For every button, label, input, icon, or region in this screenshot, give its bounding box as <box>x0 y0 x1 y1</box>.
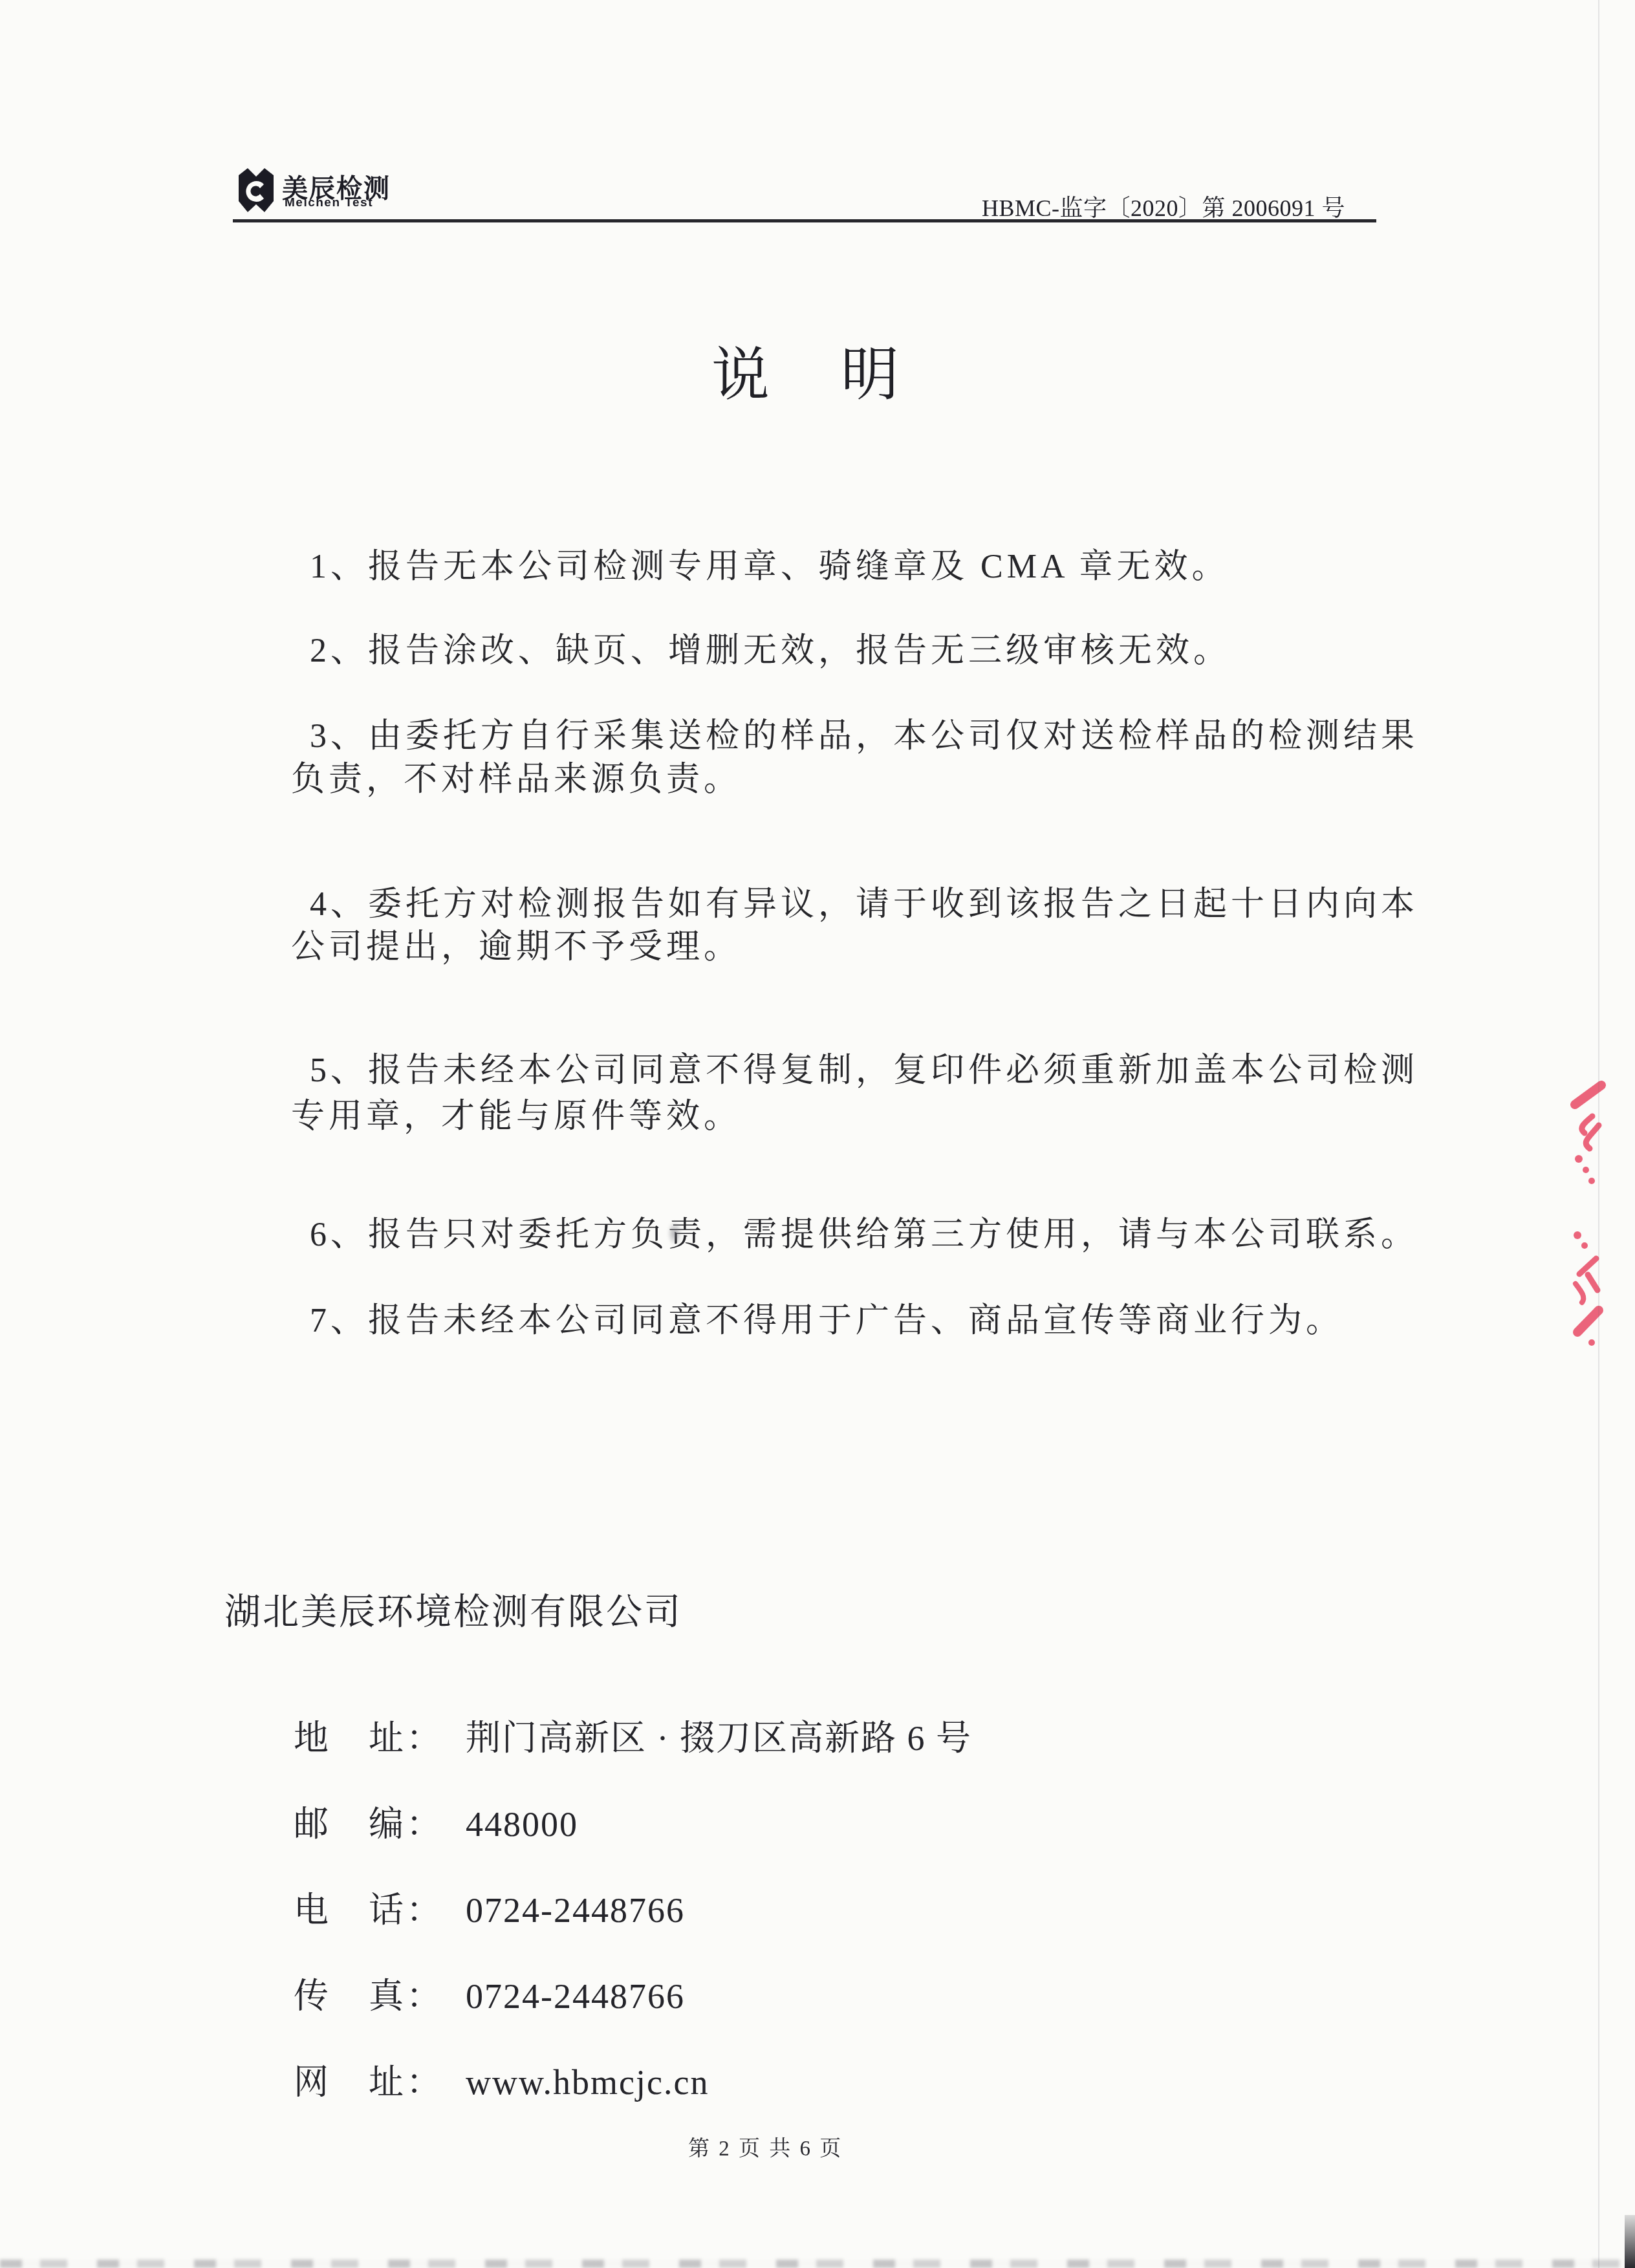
row-label: 地 址： <box>294 1719 444 1758</box>
note-text: 报告未经本公司同意不得复制，复印件必须重新加盖本公司检测 <box>368 1052 1418 1089</box>
row-value: www.hbmcjc.cn <box>466 2063 709 2102</box>
header-rule <box>233 219 1376 222</box>
meichen-m-logo-icon <box>237 167 276 213</box>
note-number: 4、 <box>310 876 368 925</box>
note-number: 5、 <box>310 1042 368 1091</box>
note-number: 1、 <box>310 539 368 587</box>
note-item-5-cont: 专用章，才能与原件等效。 <box>291 1088 741 1137</box>
scan-smudge <box>667 1221 682 1246</box>
note-item-3-cont: 负责，不对样品来源负责。 <box>291 751 741 800</box>
note-number: 3、 <box>310 708 368 757</box>
note-text: 报告无本公司检测专用章、骑缝章及 CMA 章无效。 <box>368 548 1229 585</box>
row-value: 448000 <box>466 1805 578 1844</box>
scan-edge-line <box>1598 0 1599 2268</box>
note-item-4-cont: 公司提出，逾期不予受理。 <box>291 919 741 967</box>
note-text: 委托方对检测报告如有异议，请于收到该报告之日起十日内向本 <box>368 886 1418 923</box>
note-text: 报告涂改、缺页、增删无效，报告无三级审核无效。 <box>368 632 1231 669</box>
row-value: 荆门高新区 · 掇刀区高新路 6 号 <box>466 1719 972 1758</box>
row-label: 电 话： <box>294 1891 444 1930</box>
row-value: 0724-2448766 <box>466 1977 685 2016</box>
row-label: 网 址： <box>294 2063 444 2102</box>
note-number: 7、 <box>310 1293 368 1341</box>
row-label: 传 真： <box>294 1977 444 2016</box>
row-label: 邮 编： <box>294 1805 444 1844</box>
note-text: 报告未经本公司同意不得用于广告、商品宣传等商业行为。 <box>368 1302 1343 1339</box>
logo-name-en: Meichen Test <box>285 196 373 210</box>
company-row-website: 网 址：www.hbmcjc.cn <box>226 2014 709 2144</box>
red-seal-fragment-icon <box>1552 1061 1635 1358</box>
note-text: 由委托方自行采集送检的样品，本公司仅对送检样品的检测结果 <box>368 718 1418 755</box>
scanned-report-page: 美辰检测 Meichen Test HBMC-监字〔2020〕第 2006091… <box>0 0 1635 2268</box>
scan-corner-mark <box>1625 2215 1635 2268</box>
note-item-7: 7、报告未经本公司同意不得用于广告、商品宣传等商业行为。 <box>236 1255 1343 1379</box>
page-number: 第 2 页 共 6 页 <box>688 2132 843 2162</box>
page-title: 说 明 <box>711 327 905 411</box>
note-number: 2、 <box>310 623 368 671</box>
row-value: 0724-2448766 <box>466 1891 685 1930</box>
scan-ghost-text-band <box>0 2260 1635 2268</box>
company-name: 湖北美辰环境检测有限公司 <box>224 1583 682 1635</box>
document-number: HBMC-监字〔2020〕第 2006091 号 <box>982 190 1345 223</box>
note-text: 报告只对委托方负责，需提供给第三方使用，请与本公司联系。 <box>368 1216 1418 1253</box>
note-number: 6、 <box>310 1207 368 1255</box>
